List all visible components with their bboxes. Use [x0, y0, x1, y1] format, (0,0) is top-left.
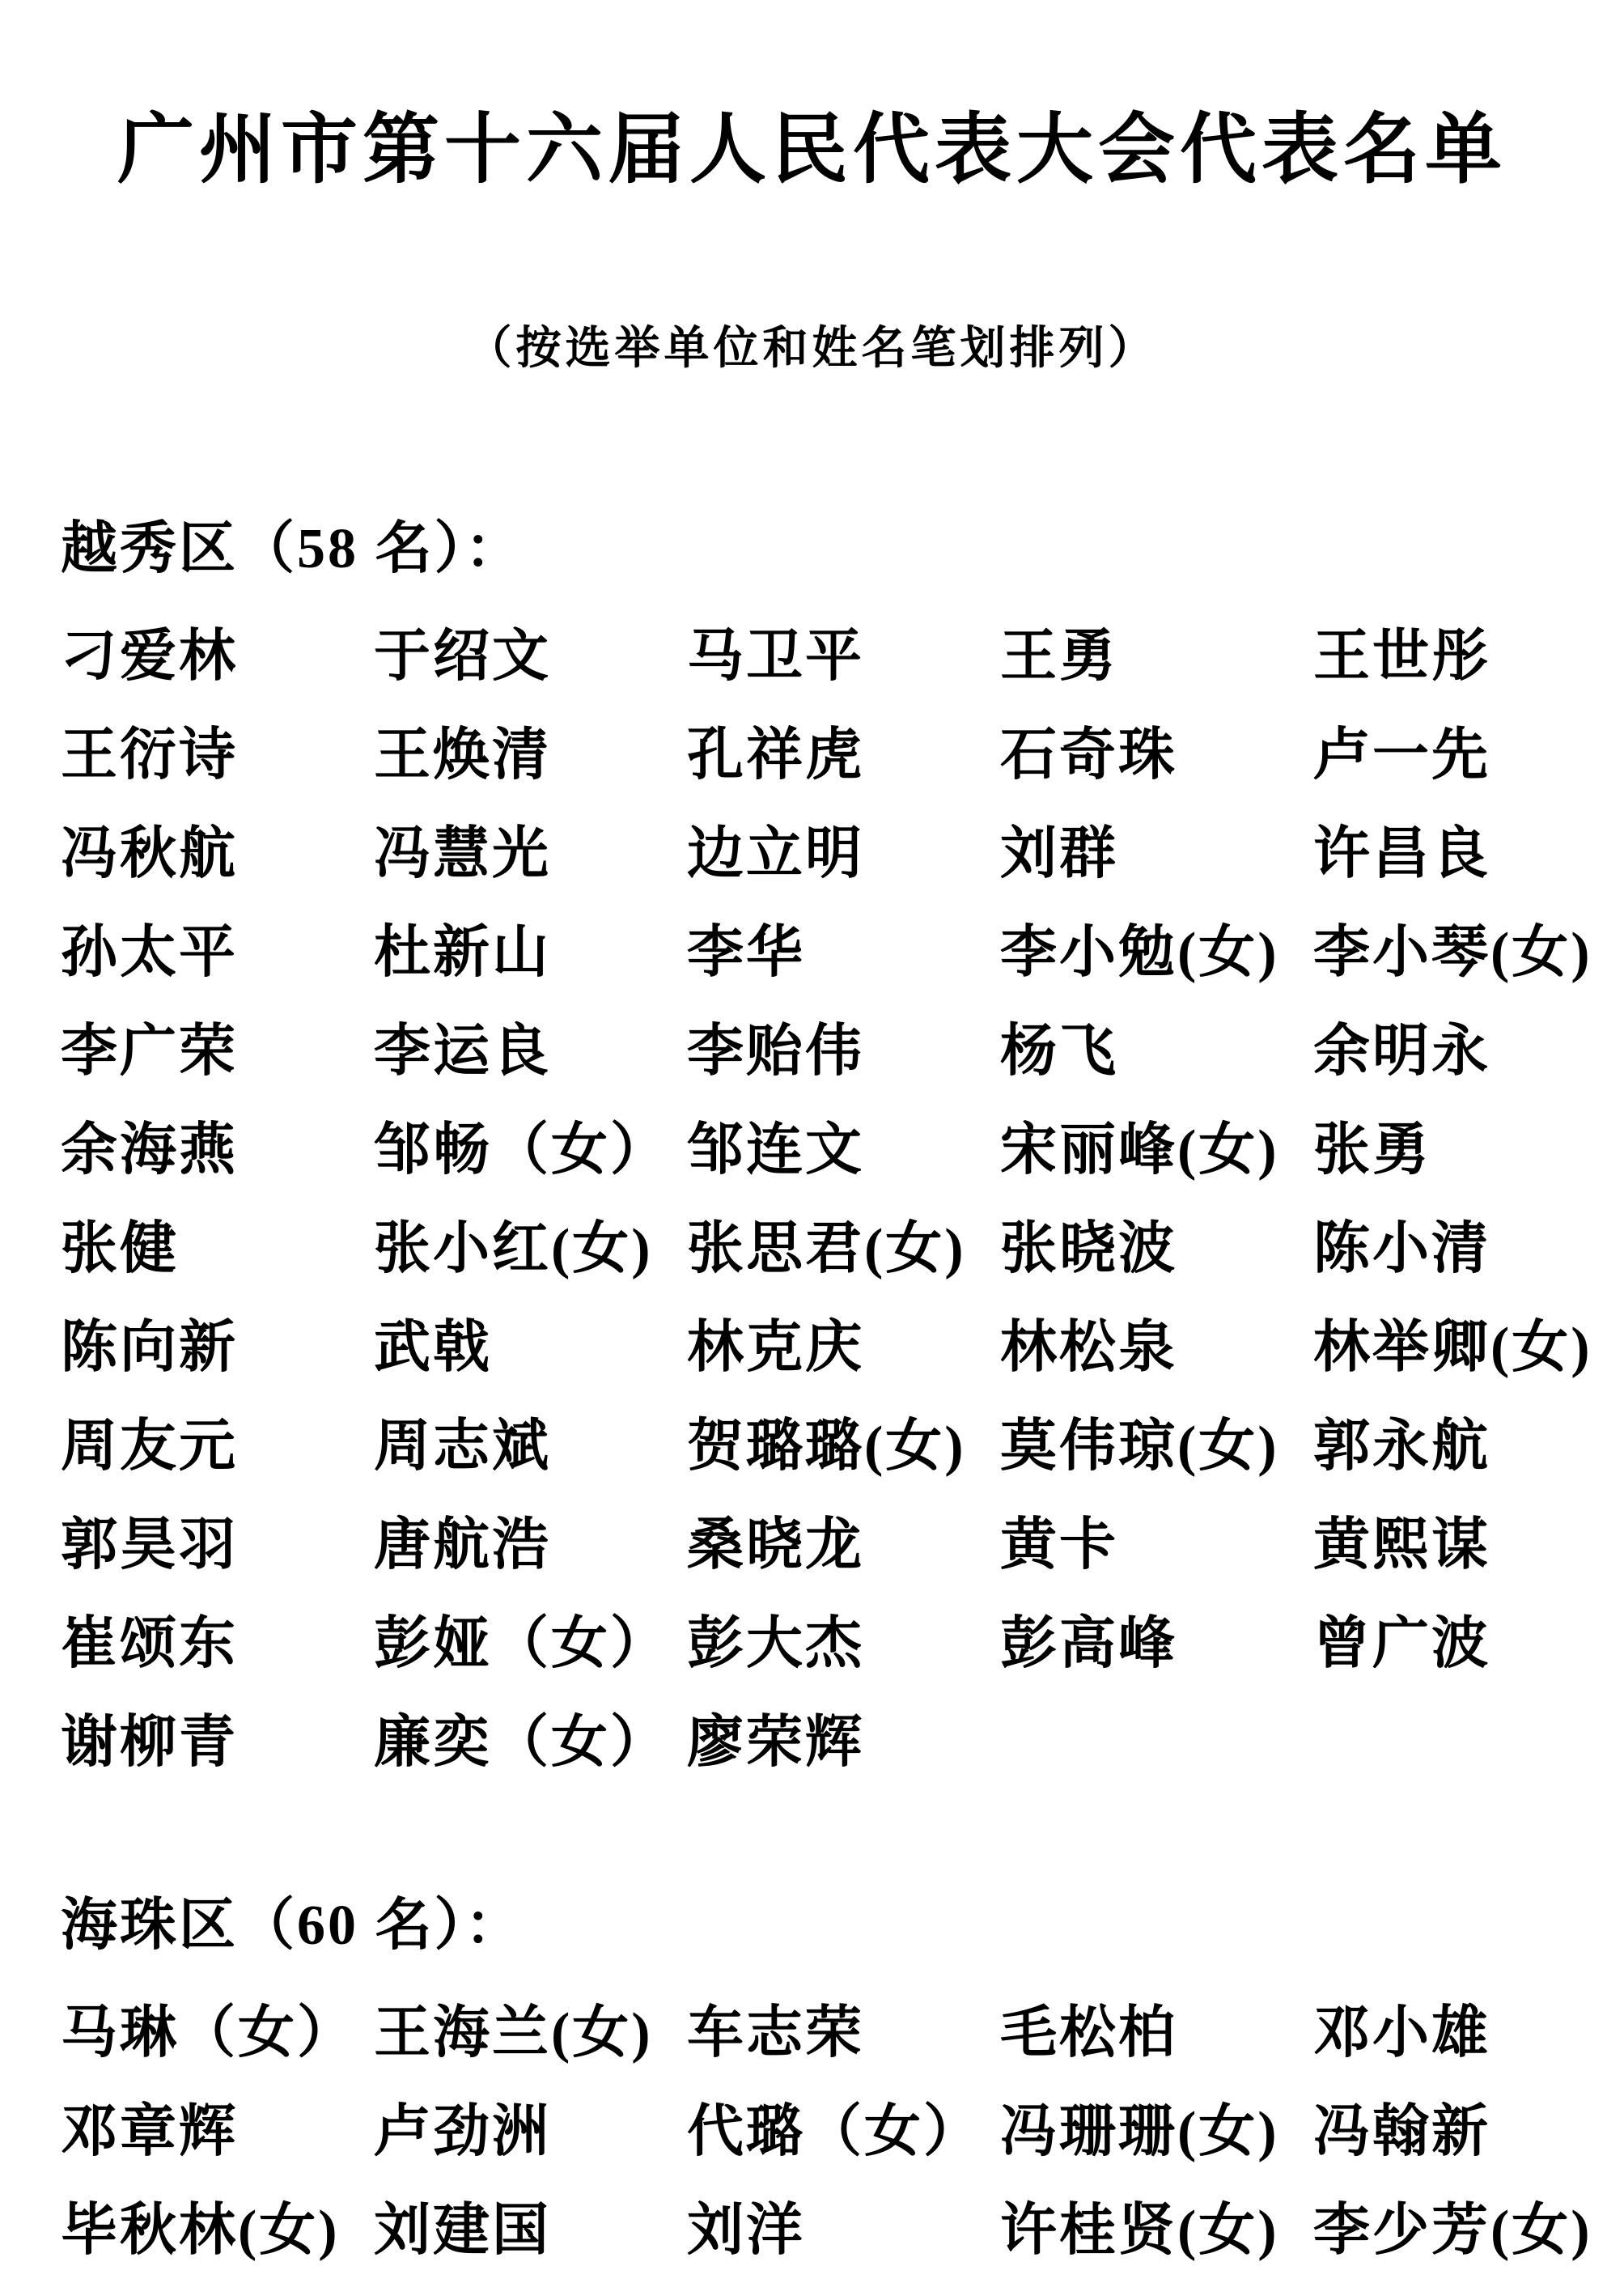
- table-row: 孙太平杜新山李华李小勉(女)李小琴(女): [61, 897, 1624, 996]
- table-row: 崔颂东彭娅（女）彭大杰彭高峰曾广波: [61, 1589, 1624, 1687]
- delegate-name: 邓小雄: [1313, 1987, 1624, 2069]
- delegate-name: 代璐（女）: [687, 2086, 1000, 2167]
- delegate-name: 莫伟琼(女): [1000, 1400, 1313, 1482]
- table-row: 余海燕邹畅（女）邹连文宋丽峰(女)张勇: [61, 1095, 1624, 1194]
- delegate-name: 卢劲洲: [374, 2086, 687, 2167]
- delegate-name: 刘建国: [374, 2184, 687, 2266]
- delegate-name: 刘群: [1000, 808, 1313, 889]
- delegate-name: 许昌良: [1313, 808, 1624, 889]
- table-row: 郭昊羽唐航浩桑晓龙黄卡黄熙谋: [61, 1490, 1624, 1589]
- delegate-name: 于绍文: [374, 610, 687, 692]
- page-subtitle: （按选举单位和姓名笔划排列）: [0, 323, 1624, 375]
- delegate-name: 许桂贤(女): [1000, 2184, 1313, 2266]
- delegate-name: 马琳（女）: [61, 1987, 374, 2069]
- delegate-name: 张晓波: [1000, 1203, 1313, 1284]
- delegate-name: 武戟: [374, 1301, 687, 1383]
- delegate-name: 车志荣: [687, 1987, 1000, 2069]
- delegate-name: 毛松柏: [1000, 1987, 1313, 2069]
- delegate-name: 冯珊珊(女): [1000, 2086, 1313, 2167]
- delegate-name: 李运良: [374, 1005, 687, 1087]
- delegate-name: 廉奕（女）: [374, 1696, 687, 1778]
- delegate-name: 黄卡: [1000, 1499, 1313, 1581]
- delegate-name: 孙太平: [61, 906, 374, 988]
- delegate-name: 谢柳青: [61, 1696, 374, 1778]
- delegate-name: 彭娅（女）: [374, 1598, 687, 1679]
- delegate-name: 卢一先: [1313, 709, 1624, 791]
- table-row: 邓章辉卢劲洲代璐（女）冯珊珊(女)冯翰新: [61, 2077, 1624, 2175]
- delegate-name: 余明永: [1313, 1005, 1624, 1087]
- delegate-name: 邓章辉: [61, 2086, 374, 2167]
- delegate-name: 彭大杰: [687, 1598, 1000, 1679]
- table-row: 张健张小红(女)张思君(女)张晓波陈小清: [61, 1194, 1624, 1292]
- delegate-name: 陈向新: [61, 1301, 374, 1383]
- table-row: 毕秋林(女)刘建国刘洋许桂贤(女)李少芳(女): [61, 2175, 1624, 2274]
- delegate-name: 郭昊羽: [61, 1499, 374, 1581]
- delegate-name: 林克庆: [687, 1301, 1000, 1383]
- delegate-name: 石奇珠: [1000, 709, 1313, 791]
- table-row: 周友元周志斌贺璐璐(女)莫伟琼(女)郭永航: [61, 1391, 1624, 1490]
- delegate-name: 贺璐璐(女): [687, 1400, 1000, 1482]
- document-page: 广州市第十六届人民代表大会代表名单 （按选举单位和姓名笔划排列） 越秀区（58 …: [0, 0, 1624, 2283]
- table-row: 李广荣李运良李贻伟杨飞余明永: [61, 996, 1624, 1095]
- delegate-name: 王衍诗: [61, 709, 374, 791]
- delegate-name: 李少芳(女): [1313, 2184, 1624, 2266]
- delegate-name: 郭永航: [1313, 1400, 1624, 1482]
- delegate-name: 李小琴(女): [1313, 906, 1624, 988]
- delegate-name: 唐航浩: [374, 1499, 687, 1581]
- delegate-name: 张小红(女): [374, 1203, 687, 1284]
- section-heading: 海珠区（60 名）：: [61, 1897, 1624, 1955]
- table-row: 刁爱林于绍文马卫平王勇王世彤: [61, 601, 1624, 700]
- delegate-name: 李小勉(女): [1000, 906, 1313, 988]
- name-rows: 马琳（女）王海兰(女)车志荣毛松柏邓小雄邓章辉卢劲洲代璐（女）冯珊珊(女)冯翰新…: [0, 1978, 1624, 2274]
- delegate-name: 黄熙谋: [1313, 1499, 1624, 1581]
- delegate-name: 张勇: [1313, 1104, 1624, 1186]
- section-heading: 越秀区（58 名）：: [61, 520, 1624, 579]
- table-row: 冯秋航冯慧光边立明刘群许昌良: [61, 799, 1624, 897]
- delegate-name: 冯秋航: [61, 808, 374, 889]
- page-title: 广州市第十六届人民代表大会代表名单: [0, 0, 1624, 194]
- delegate-name: 王焕清: [374, 709, 687, 791]
- delegate-name: 曾广波: [1313, 1598, 1624, 1679]
- delegate-name: 邹连文: [687, 1104, 1000, 1186]
- delegate-name: 毕秋林(女): [61, 2184, 374, 2266]
- delegate-name: 王海兰(女): [374, 1987, 687, 2069]
- delegate-name: 彭高峰: [1000, 1598, 1313, 1679]
- delegate-name: 廖荣辉: [687, 1696, 1000, 1778]
- delegate-name: 周志斌: [374, 1400, 687, 1482]
- delegate-name: 张健: [61, 1203, 374, 1284]
- sections-container: 越秀区（58 名）：刁爱林于绍文马卫平王勇王世彤王衍诗王焕清孔祥虎石奇珠卢一先冯…: [0, 520, 1624, 2274]
- delegate-name: 崔颂东: [61, 1598, 374, 1679]
- delegate-name: 刘洋: [687, 2184, 1000, 2266]
- delegate-name: 马卫平: [687, 610, 1000, 692]
- delegate-name: 冯慧光: [374, 808, 687, 889]
- delegate-name: 宋丽峰(女): [1000, 1104, 1313, 1186]
- delegate-name: 邹畅（女）: [374, 1104, 687, 1186]
- delegate-name: 李贻伟: [687, 1005, 1000, 1087]
- table-row: 王衍诗王焕清孔祥虎石奇珠卢一先: [61, 700, 1624, 799]
- section: 越秀区（58 名）：刁爱林于绍文马卫平王勇王世彤王衍诗王焕清孔祥虎石奇珠卢一先冯…: [0, 520, 1624, 1786]
- name-rows: 刁爱林于绍文马卫平王勇王世彤王衍诗王焕清孔祥虎石奇珠卢一先冯秋航冯慧光边立明刘群…: [0, 601, 1624, 1786]
- delegate-name: 张思君(女): [687, 1203, 1000, 1284]
- section: 海珠区（60 名）：马琳（女）王海兰(女)车志荣毛松柏邓小雄邓章辉卢劲洲代璐（女…: [0, 1897, 1624, 2274]
- delegate-name: 李广荣: [61, 1005, 374, 1087]
- delegate-name: 余海燕: [61, 1104, 374, 1186]
- delegate-name: 桑晓龙: [687, 1499, 1000, 1581]
- delegate-name: 林举卿(女): [1313, 1301, 1624, 1383]
- delegate-name: 杨飞: [1000, 1005, 1313, 1087]
- delegate-name: 杜新山: [374, 906, 687, 988]
- delegate-name: 周友元: [61, 1400, 374, 1482]
- delegate-name: 刁爱林: [61, 610, 374, 692]
- delegate-name: 陈小清: [1313, 1203, 1624, 1284]
- delegate-name: 王世彤: [1313, 610, 1624, 692]
- delegate-name: 孔祥虎: [687, 709, 1000, 791]
- delegate-name: 王勇: [1000, 610, 1313, 692]
- table-row: 谢柳青廉奕（女）廖荣辉: [61, 1687, 1624, 1786]
- delegate-name: 林松泉: [1000, 1301, 1313, 1383]
- delegate-name: 冯翰新: [1313, 2086, 1624, 2167]
- delegate-name: 李华: [687, 906, 1000, 988]
- table-row: 马琳（女）王海兰(女)车志荣毛松柏邓小雄: [61, 1978, 1624, 2077]
- delegate-name: 边立明: [687, 808, 1000, 889]
- table-row: 陈向新武戟林克庆林松泉林举卿(女): [61, 1292, 1624, 1391]
